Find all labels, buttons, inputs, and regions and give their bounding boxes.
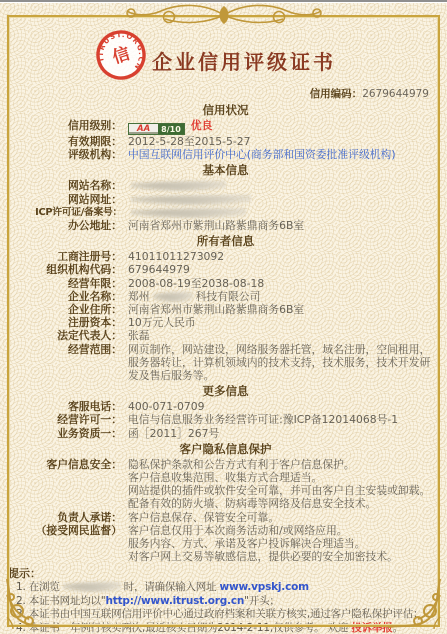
field-value: 河南省郑州市紫荆山路紫鼎商务6B室 [128,303,435,316]
field-value: 河南省郑州市紫荆山路紫鼎商务6B室 [128,219,435,232]
field-row: 办公地址：河南省郑州市紫荆山路紫鼎商务6B室 [16,219,435,232]
field-row: 有效期限：2012-5-28至2015-5-27 [16,135,435,148]
note-text: 3. 本证书由中国互联网信用评价中心通过政府档案和关联方核实,通过客户隐私保护评… [16,608,423,620]
note-item: 4. 本证书一年例行核实两次,最近核实日期为2014-2-11,仅供参考。 欢迎… [16,622,437,634]
field-row: 组织机构代码：679644979 [16,263,435,276]
field-value [128,193,435,206]
field-value: 41011011273092 [128,250,435,263]
note-text: "开头； [244,595,280,607]
value-text: 2012-5-28至2015-5-27 [128,135,251,148]
note-item: 3. 本证书由中国互联网信用评价中心通过政府档案和关联方核实,通过客户隐私保护评… [16,608,437,621]
field-label: 评级机构： [16,148,122,161]
rating-meter-badge: AA8/10 [128,123,185,135]
field-label: 企业名称： [16,290,122,303]
value-line: 对客户网上交易等敏感信息，提供必要的安全加密技术。 [128,550,435,563]
value-text: 2008-08-19至2038-08-18 [128,277,264,290]
value-text: 河南省郑州市紫荆山路紫鼎商务6B室 [128,303,304,316]
field-value: 电信与信息服务业务经营许可证:豫ICP备12014068号-1 [128,413,435,426]
value-text: 河南省郑州市紫荆山路紫鼎商务6B室 [128,219,304,232]
value-text: 科技有限公司 [196,290,261,303]
field-row: 信用级别：AA8/10优良 [16,119,435,135]
field-label: 网站名称： [16,179,122,192]
field-label: 有效期限： [16,135,122,148]
field-label-sub: （接受网民监督） [16,524,122,537]
rating-text: 优良 [191,119,213,132]
value-text: 679644979 [128,263,190,276]
field-row: 工商注册号：41011011273092 [16,250,435,263]
field-label: 企业住所： [16,303,122,316]
section-heading: 所有者信息 [16,235,435,248]
value-text: 张磊 [128,329,150,342]
notes-heading: 提示： [8,567,437,581]
rating-agency-link[interactable]: 中国互联网信用评价中心(商务部和国资委批准评级机构) [128,148,396,161]
field-label: 经营年限： [16,277,122,290]
field-label: 经营范围： [16,343,122,383]
redacted-value [131,207,246,218]
field-row: 客户信息安全：隐私保护条款和公告方式有利于客户信息保护。客户信息收集范围、收集方… [16,458,435,511]
certificate-page: ITRUST.ORG.CN 信 企业信用评级证书 信用编码：2679644979… [0,0,447,634]
field-row: 经营年限：2008-08-19至2038-08-18 [16,277,435,290]
notes: 提示： 1. 在浏览时，请确保输入网址 www.vpskj.com2. 本证书网… [0,567,447,634]
sections: 信用状况信用级别：AA8/10优良有效期限：2012-5-28至2015-5-2… [0,104,447,563]
field-row: 经营范围：网页制作，网站建设，网络服务器托管，域名注册，空间租用，服务器转让，计… [16,343,435,383]
field-row: 客服电话：400-071-0709 [16,400,435,413]
flourish-corner-left-icon [3,573,61,631]
value-text: 10万元人民币 [128,316,196,329]
field-row: 评级机构：中国互联网信用评价中心(商务部和国资委批准评级机构) [16,148,435,161]
redacted-value [153,291,193,302]
value-line: 配备有效的防火墙、防病毒等网络及信息安全技术。 [128,497,435,510]
note-item: 1. 在浏览时，请确保输入网址 www.vpskj.com [16,581,437,594]
field-value: 10万元人民币 [128,316,435,329]
field-value: 客户信息保存、保管安全可靠。客户信息仅用于本次商务活动和/或网络应用。服务内容、… [128,511,435,564]
field-row: ICP许可证/备案号： [16,206,435,219]
redacted-value [131,194,251,205]
value-line: 隐私保护条款和公告方式有利于客户信息保护。 [128,458,435,471]
field-row: 企业住所：河南省郑州市紫荆山路紫鼎商务6B室 [16,303,435,316]
note-text: 4. 本证书一年例行核实两次,最近核实日期为2014-2-11,仅供参考。 欢迎 [16,622,351,634]
field-value: 张磊 [128,329,435,342]
field-label: 业务资质一： [16,427,122,440]
redacted-value [131,180,226,191]
url-link[interactable]: www.vpskj.com [220,581,309,593]
section-heading: 基本信息 [16,164,435,177]
field-value: 郑州科技有限公司 [128,290,435,303]
certificate-header: ITRUST.ORG.CN 信 企业信用评级证书 [0,26,447,90]
value-text: 电信与信息服务业务经营许可证:豫ICP备12014068号-1 [128,413,398,426]
field-row: 网站名称： [16,179,435,192]
field-label: ICP许可证/备案号： [16,206,122,219]
field-value: 中国互联网信用评价中心(商务部和国资委批准评级机构) [128,148,435,161]
field-row: 业务资质一：函［2011］267号 [16,427,435,440]
section-heading: 信用状况 [16,104,435,117]
redacted-value [63,581,121,592]
value-text: 函［2011］267号 [128,427,219,440]
field-label: 办公地址： [16,219,122,232]
value-text: 400-071-0709 [128,400,205,413]
notes-list: 1. 在浏览时，请确保输入网址 www.vpskj.com2. 本证书网址均以"… [8,581,437,634]
itrust-seal-icon: ITRUST.ORG.CN 信 [87,21,155,89]
field-label: 经营许可一： [16,413,122,426]
field-row: 注册资本：10万元人民币 [16,316,435,329]
note-item: 2. 本证书网址均以"http://www.itrust.org.cn"开头； [16,595,437,608]
section-heading: 更多信息 [16,385,435,398]
field-label: 网站网址： [16,193,122,206]
rating-grade: AA [129,124,158,134]
field-value [128,179,435,192]
field-label: 注册资本： [16,316,122,329]
field-row: 经营许可一：电信与信息服务业务经营许可证:豫ICP备12014068号-1 [16,413,435,426]
field-label: 组织机构代码： [16,263,122,276]
field-label: 法定代表人： [16,329,122,342]
section-heading: 客户隐私信息保护 [16,443,435,456]
value-text: 41011011273092 [128,250,224,263]
value-line: 客户信息保存、保管安全可靠。 [128,511,435,524]
field-row: 负责人承诺：（接受网民监督）客户信息保存、保管安全可靠。客户信息仅用于本次商务活… [16,511,435,564]
value-text: 郑州 [128,290,150,303]
field-value: AA8/10优良 [128,119,435,135]
field-value: 679644979 [128,263,435,276]
field-label: 客服电话： [16,400,122,413]
field-label: 负责人承诺：（接受网民监督） [16,511,122,564]
field-value: 函［2011］267号 [128,427,435,440]
flourish-corner-right-icon [386,573,444,631]
url-link[interactable]: http://www.itrust.org.cn [106,595,245,607]
field-label: 客户信息安全： [16,458,122,511]
field-value: 400-071-0709 [128,400,435,413]
field-value: 网页制作，网站建设，网络服务器托管，域名注册，空间租用，服务器转让，计算机领域内… [128,343,435,383]
value-text: 网页制作，网站建设，网络服务器托管，域名注册，空间租用，服务器转让，计算机领域内… [128,343,430,382]
value-line: 客户信息仅用于本次商务活动和/或网络应用。 [128,524,435,537]
field-value: 2012-5-28至2015-5-27 [128,135,435,148]
value-line: 服务内容、方式、承诺及客户投诉解决合理适当。 [128,537,435,550]
field-value: 2008-08-19至2038-08-18 [128,277,435,290]
certificate-title: 企业信用评级证书 [152,46,336,75]
field-label: 信用级别： [16,119,122,135]
field-row: 法定代表人：张磊 [16,329,435,342]
field-row: 网站网址： [16,193,435,206]
field-label: 工商注册号： [16,250,122,263]
field-row: 企业名称：郑州科技有限公司 [16,290,435,303]
rating-score: 8/10 [158,124,184,134]
value-line: 客户信息收集范围、收集方式合理适当。 [128,471,435,484]
note-text: 时，请确保输入网址 [124,581,220,593]
value-line: 网站提供的插件或软件安全可靠，并可由客户自主安装或卸载。 [128,484,435,497]
field-value [128,206,435,219]
field-value: 隐私保护条款和公告方式有利于客户信息保护。客户信息收集范围、收集方式合理适当。网… [128,458,435,511]
